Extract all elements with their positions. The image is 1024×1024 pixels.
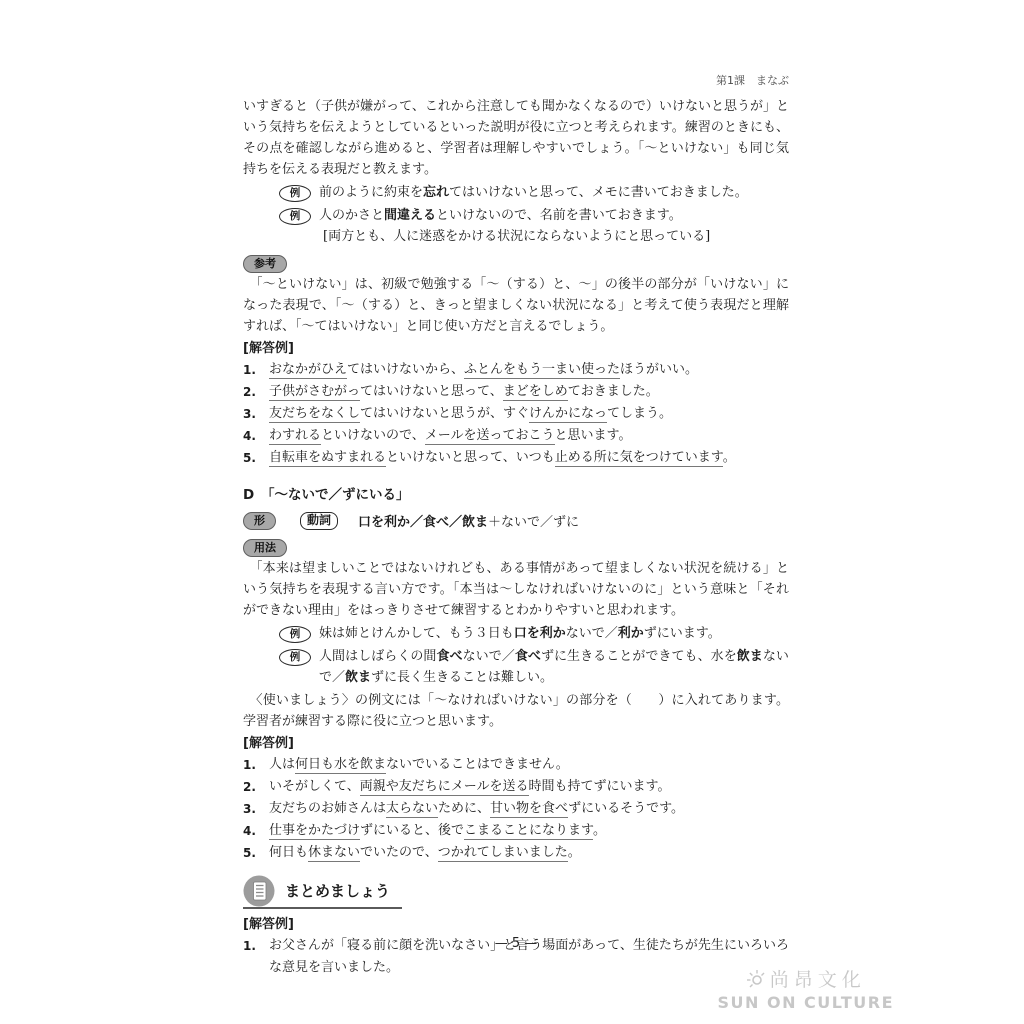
- notebook-icon: [243, 875, 275, 907]
- answer-item: 5. 自転車をぬすまれるといけないと思って、いつも止める所に気をつけています。: [243, 447, 789, 469]
- tsukaimashou-paragraph: 〈使いましょう〉の例文には「〜なければいけない」の部分を（ ）に入れてあります。…: [243, 690, 789, 732]
- page-number: — 5 —: [243, 936, 789, 951]
- form-row: 形 動詞 口を利か／食べ／飲ま＋ないで／ずに: [243, 510, 789, 531]
- answer-item: 1. 人は何日も水を飲まないでいることはできません。: [243, 754, 789, 776]
- example-text: 前のように約束を忘れてはいけないと思って、メモに書いておきました。: [319, 182, 789, 203]
- logo-en-text: SUN ON CULTURE: [718, 993, 894, 1012]
- answer-text: 自転車をぬすまれるといけないと思って、いつも止める所に気をつけています。: [269, 447, 789, 469]
- answer-item: 3. 友だちのお姉さんは太らないために、甘い物を食べずにいるそうです。: [243, 798, 789, 820]
- answer-number: 1.: [243, 359, 269, 381]
- answer-number: 2.: [243, 381, 269, 403]
- answer-item: 5. 何日も休まないでいたので、つかれてしまいました。: [243, 842, 789, 864]
- answer-item: 1. おなかがひえてはいけないから、ふとんをもう一まい使ったほうがいい。: [243, 359, 789, 381]
- example-badge: 例: [279, 208, 311, 225]
- answer-text: おなかがひえてはいけないから、ふとんをもう一まい使ったほうがいい。: [269, 359, 789, 381]
- yoho-badge-row: 用法: [243, 536, 789, 555]
- answer-number: 4.: [243, 820, 269, 842]
- answer-item: 2. 子供がさむがってはいけないと思って、まどをしめておきました。: [243, 381, 789, 403]
- answer-number: 5.: [243, 447, 269, 469]
- answer-text: 人は何日も水を飲まないでいることはできません。: [269, 754, 789, 776]
- sun-icon: [746, 969, 766, 989]
- answer-list-d: 1. 人は何日も水を飲まないでいることはできません。 2. いそがしくて、両親や…: [243, 754, 789, 864]
- publisher-logo: 尚昂文化 SUN ON CULTURE: [718, 965, 894, 1012]
- logo-cn-row: 尚昂文化: [718, 965, 894, 992]
- answer-list-c: 1. おなかがひえてはいけないから、ふとんをもう一まい使ったほうがいい。 2. …: [243, 359, 789, 469]
- sanko-paragraph: 「〜といけない」は、初級で勉強する「〜（する）と、〜」の後半の部分が「いけない」…: [243, 274, 789, 337]
- example-row: 例 人間はしばらくの間食べないで／食べずに生きることができても、水を飲まないで／…: [279, 646, 789, 688]
- section-d-title: D 「〜ないで／ずにいる」: [243, 485, 789, 506]
- answer-text: 友だちのお姉さんは太らないために、甘い物を食べずにいるそうです。: [269, 798, 789, 820]
- answer-item: 4. わすれるといけないので、メールを送っておこうと思います。: [243, 425, 789, 447]
- kei-badge: 形: [243, 512, 276, 530]
- sanko-badge: 参考: [243, 255, 287, 273]
- answer-number: 1.: [243, 754, 269, 776]
- answer-key-label: [解答例]: [243, 733, 789, 754]
- example-row: 例 人のかさと間違えるといけないので、名前を書いておきます。: [279, 205, 789, 226]
- page-content: 第1課 まなぶ いすぎると（子供が嫌がって、これから注意しても聞かなくなるので）…: [243, 72, 789, 979]
- example-badge: 例: [279, 185, 311, 202]
- sanko-badge-row: 参考: [243, 252, 789, 271]
- answer-item: 2. いそがしくて、両親や友だちにメールを送る時間も持てずにいます。: [243, 776, 789, 798]
- verb-box: 動詞: [300, 512, 338, 530]
- answer-number: 3.: [243, 798, 269, 820]
- matome-heading: まとめましょう: [243, 876, 789, 908]
- chapter-header: 第1課 まなぶ: [243, 72, 789, 87]
- answer-key-label: [解答例]: [243, 914, 789, 935]
- answer-number: 5.: [243, 842, 269, 864]
- textbook-page: 第1課 まなぶ いすぎると（子供が嫌がって、これから注意しても聞かなくなるので）…: [0, 0, 1024, 1024]
- answer-key-label: [解答例]: [243, 338, 789, 359]
- answer-text: 仕事をかたづけずにいると、後でこまることになります。: [269, 820, 789, 842]
- answer-item: 3. 友だちをなくしてはいけないと思うが、すぐけんかになってしまう。: [243, 403, 789, 425]
- example-badge: 例: [279, 626, 311, 643]
- example-text: 妹は姉とけんかして、もう３日も口を利かないで／利かずにいます。: [319, 623, 789, 644]
- answer-text: いそがしくて、両親や友だちにメールを送る時間も持てずにいます。: [269, 776, 789, 798]
- example-text: 人間はしばらくの間食べないで／食べずに生きることができても、水を飲まないで／飲ま…: [319, 646, 789, 688]
- example-note: [両方とも、人に迷惑をかける状況にならないようにと思っている]: [323, 226, 789, 247]
- yoho-badge: 用法: [243, 539, 287, 557]
- answer-text: 何日も休まないでいたので、つかれてしまいました。: [269, 842, 789, 864]
- example-text: 人のかさと間違えるといけないので、名前を書いておきます。: [319, 205, 789, 226]
- answer-text: 友だちをなくしてはいけないと思うが、すぐけんかになってしまう。: [269, 403, 789, 425]
- pattern-text: 口を利か／食べ／飲ま＋ないで／ずに: [358, 511, 579, 530]
- example-row: 例 妹は姉とけんかして、もう３日も口を利かないで／利かずにいます。: [279, 623, 789, 644]
- answer-item: 4. 仕事をかたづけずにいると、後でこまることになります。: [243, 820, 789, 842]
- answer-number: 3.: [243, 403, 269, 425]
- answer-number: 4.: [243, 425, 269, 447]
- example-badge: 例: [279, 649, 311, 666]
- answer-text: 子供がさむがってはいけないと思って、まどをしめておきました。: [269, 381, 789, 403]
- answer-number: 2.: [243, 776, 269, 798]
- answer-text: わすれるといけないので、メールを送っておこうと思います。: [269, 425, 789, 447]
- intro-paragraph: いすぎると（子供が嫌がって、これから注意しても聞かなくなるので）いけないと思うが…: [243, 96, 789, 180]
- section-d: D 「〜ないで／ずにいる」 形 動詞 口を利か／食べ／飲ま＋ないで／ずに 用法 …: [243, 485, 789, 864]
- logo-cn-text: 尚昂文化: [770, 965, 866, 992]
- usage-paragraph: 「本来は望ましいことではないけれども、ある事情があって望ましくない状況を続ける」…: [243, 558, 789, 621]
- example-row: 例 前のように約束を忘れてはいけないと思って、メモに書いておきました。: [279, 182, 789, 203]
